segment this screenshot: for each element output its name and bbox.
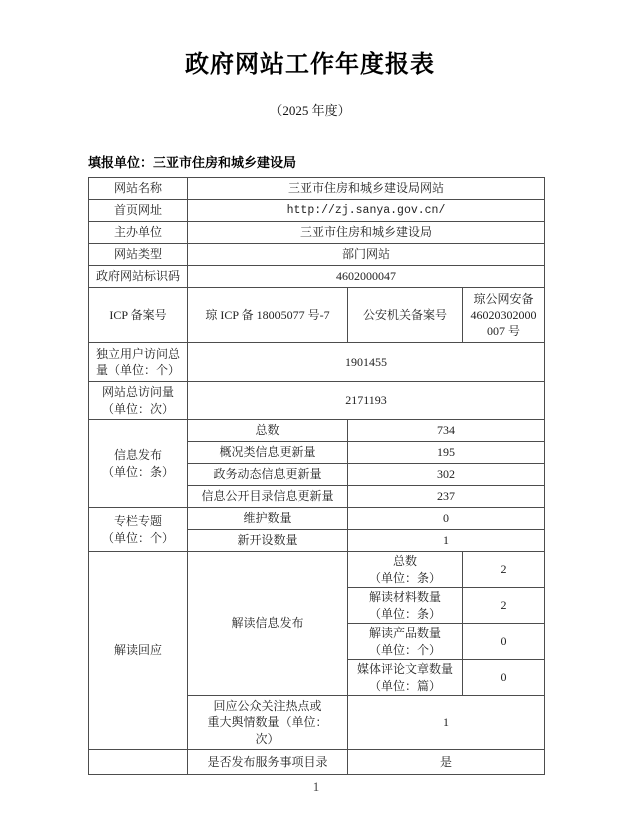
table-row-site-name: 网站名称 三亚市住房和城乡建设局网站: [89, 178, 545, 200]
row-value: 0: [348, 508, 545, 530]
table-row-site-type: 网站类型 部门网站: [89, 244, 545, 266]
row-label: 回应公众关注热点或 重大舆情数量（单位： 次）: [188, 696, 348, 750]
row-label: 网站总访问量 （单位：次）: [89, 382, 188, 420]
row-label: 主办单位: [89, 222, 188, 244]
row-label: 首页网址: [89, 200, 188, 222]
page-title: 政府网站工作年度报表: [0, 0, 620, 79]
report-table: 网站名称 三亚市住房和城乡建设局网站 首页网址 http://zj.sanya.…: [88, 177, 545, 775]
row-value: 0: [463, 624, 545, 660]
table-row-organizer: 主办单位 三亚市住房和城乡建设局: [89, 222, 545, 244]
row-label: 政务动态信息更新量: [188, 464, 348, 486]
row-label: 媒体评论文章数量 （单位：篇）: [348, 660, 463, 696]
row-label: 新开设数量: [188, 530, 348, 552]
row-label: 政府网站标识码: [89, 266, 188, 288]
table-row-total-visits: 网站总访问量 （单位：次） 2171193: [89, 382, 545, 420]
icp-label: ICP 备案号: [89, 288, 188, 343]
row-value: 2: [463, 588, 545, 624]
row-value: 1901455: [188, 343, 545, 382]
row-value: 302: [348, 464, 545, 486]
row-label: 总数: [188, 420, 348, 442]
row-label: 总数 （单位：条）: [348, 552, 463, 588]
row-value: 1: [348, 696, 545, 750]
row-label: 解读产品数量 （单位：个）: [348, 624, 463, 660]
table-row-service-directory: 是否发布服务事项目录 是: [89, 750, 545, 775]
report-year-subtitle: （2025 年度）: [0, 100, 620, 119]
table-row-interpret-total: 解读回应 解读信息发布 总数 （单位：条） 2: [89, 552, 545, 588]
row-value: 是: [348, 750, 545, 775]
row-label: 网站名称: [89, 178, 188, 200]
column-section-label: 专栏专题 （单位：个）: [89, 508, 188, 552]
table-row-homepage-url: 首页网址 http://zj.sanya.gov.cn/: [89, 200, 545, 222]
icp-value: 琼 ICP 备 18005077 号-7: [188, 288, 348, 343]
row-label: 网站类型: [89, 244, 188, 266]
row-label: 概况类信息更新量: [188, 442, 348, 464]
row-label: 独立用户访问总 量（单位：个）: [89, 343, 188, 382]
row-label: 是否发布服务事项目录: [188, 750, 348, 775]
interpret-section-label: 解读回应: [89, 552, 188, 750]
security-filing-label: 公安机关备案号: [348, 288, 463, 343]
table-row-info-total: 信息发布 （单位：条） 总数 734: [89, 420, 545, 442]
homepage-url-value: http://zj.sanya.gov.cn/: [188, 200, 545, 222]
report-page: 政府网站工作年度报表 （2025 年度） 填报单位：三亚市住房和城乡建设局 网站…: [0, 0, 620, 838]
interpret-publish-label: 解读信息发布: [188, 552, 348, 696]
filling-unit-label: 填报单位：三亚市住房和城乡建设局: [88, 152, 620, 171]
row-value: 三亚市住房和城乡建设局网站: [188, 178, 545, 200]
row-value: 三亚市住房和城乡建设局: [188, 222, 545, 244]
row-value: 1: [348, 530, 545, 552]
row-label: 信息公开目录信息更新量: [188, 486, 348, 508]
table-row-site-id-code: 政府网站标识码 4602000047: [89, 266, 545, 288]
row-value: 237: [348, 486, 545, 508]
table-row-unique-visitors: 独立用户访问总 量（单位：个） 1901455: [89, 343, 545, 382]
empty-cell: [89, 750, 188, 775]
row-value: 部门网站: [188, 244, 545, 266]
row-value: 4602000047: [188, 266, 545, 288]
row-label: 维护数量: [188, 508, 348, 530]
table-row-column-maintained: 专栏专题 （单位：个） 维护数量 0: [89, 508, 545, 530]
row-value: 734: [348, 420, 545, 442]
security-filing-value: 琼公网安备 46020302000 007 号: [463, 288, 545, 343]
table-row-icp-filing: ICP 备案号 琼 ICP 备 18005077 号-7 公安机关备案号 琼公网…: [89, 288, 545, 343]
row-value: 2: [463, 552, 545, 588]
info-section-label: 信息发布 （单位：条）: [89, 420, 188, 508]
row-value: 0: [463, 660, 545, 696]
page-number: 1: [88, 779, 544, 795]
row-value: 195: [348, 442, 545, 464]
row-label: 解读材料数量 （单位：条）: [348, 588, 463, 624]
row-value: 2171193: [188, 382, 545, 420]
